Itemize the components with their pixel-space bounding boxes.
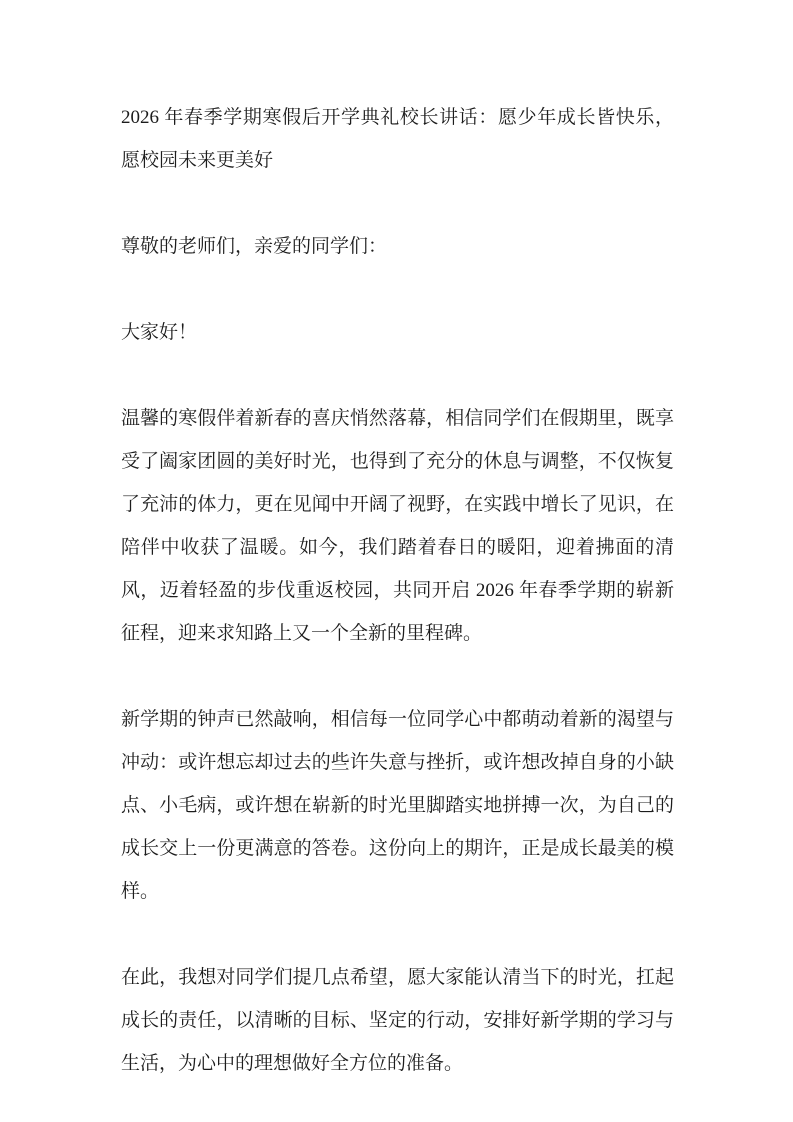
greeting-line: 大家好！ xyxy=(121,311,674,354)
body-paragraph-1: 温馨的寒假伴着新春的喜庆悄然落幕，相信同学们在假期里，既享受了阖家团圆的美好时光… xyxy=(121,397,674,655)
body-paragraph-2: 新学期的钟声已然敲响，相信每一位同学心中都萌动着新的渴望与冲动：或许想忘却过去的… xyxy=(121,698,674,913)
document-page: 2026 年春季学期寒假后开学典礼校长讲话：愿少年成长皆快乐，愿校园未来更美好 … xyxy=(0,0,793,1122)
document-title: 2026 年春季学期寒假后开学典礼校长讲话：愿少年成长皆快乐，愿校园未来更美好 xyxy=(121,96,674,182)
body-paragraph-3: 在此，我想对同学们提几点希望，愿大家能认清当下的时光，扛起成长的责任，以清晰的目… xyxy=(121,956,674,1085)
salutation-line: 尊敬的老师们，亲爱的同学们： xyxy=(121,225,674,268)
